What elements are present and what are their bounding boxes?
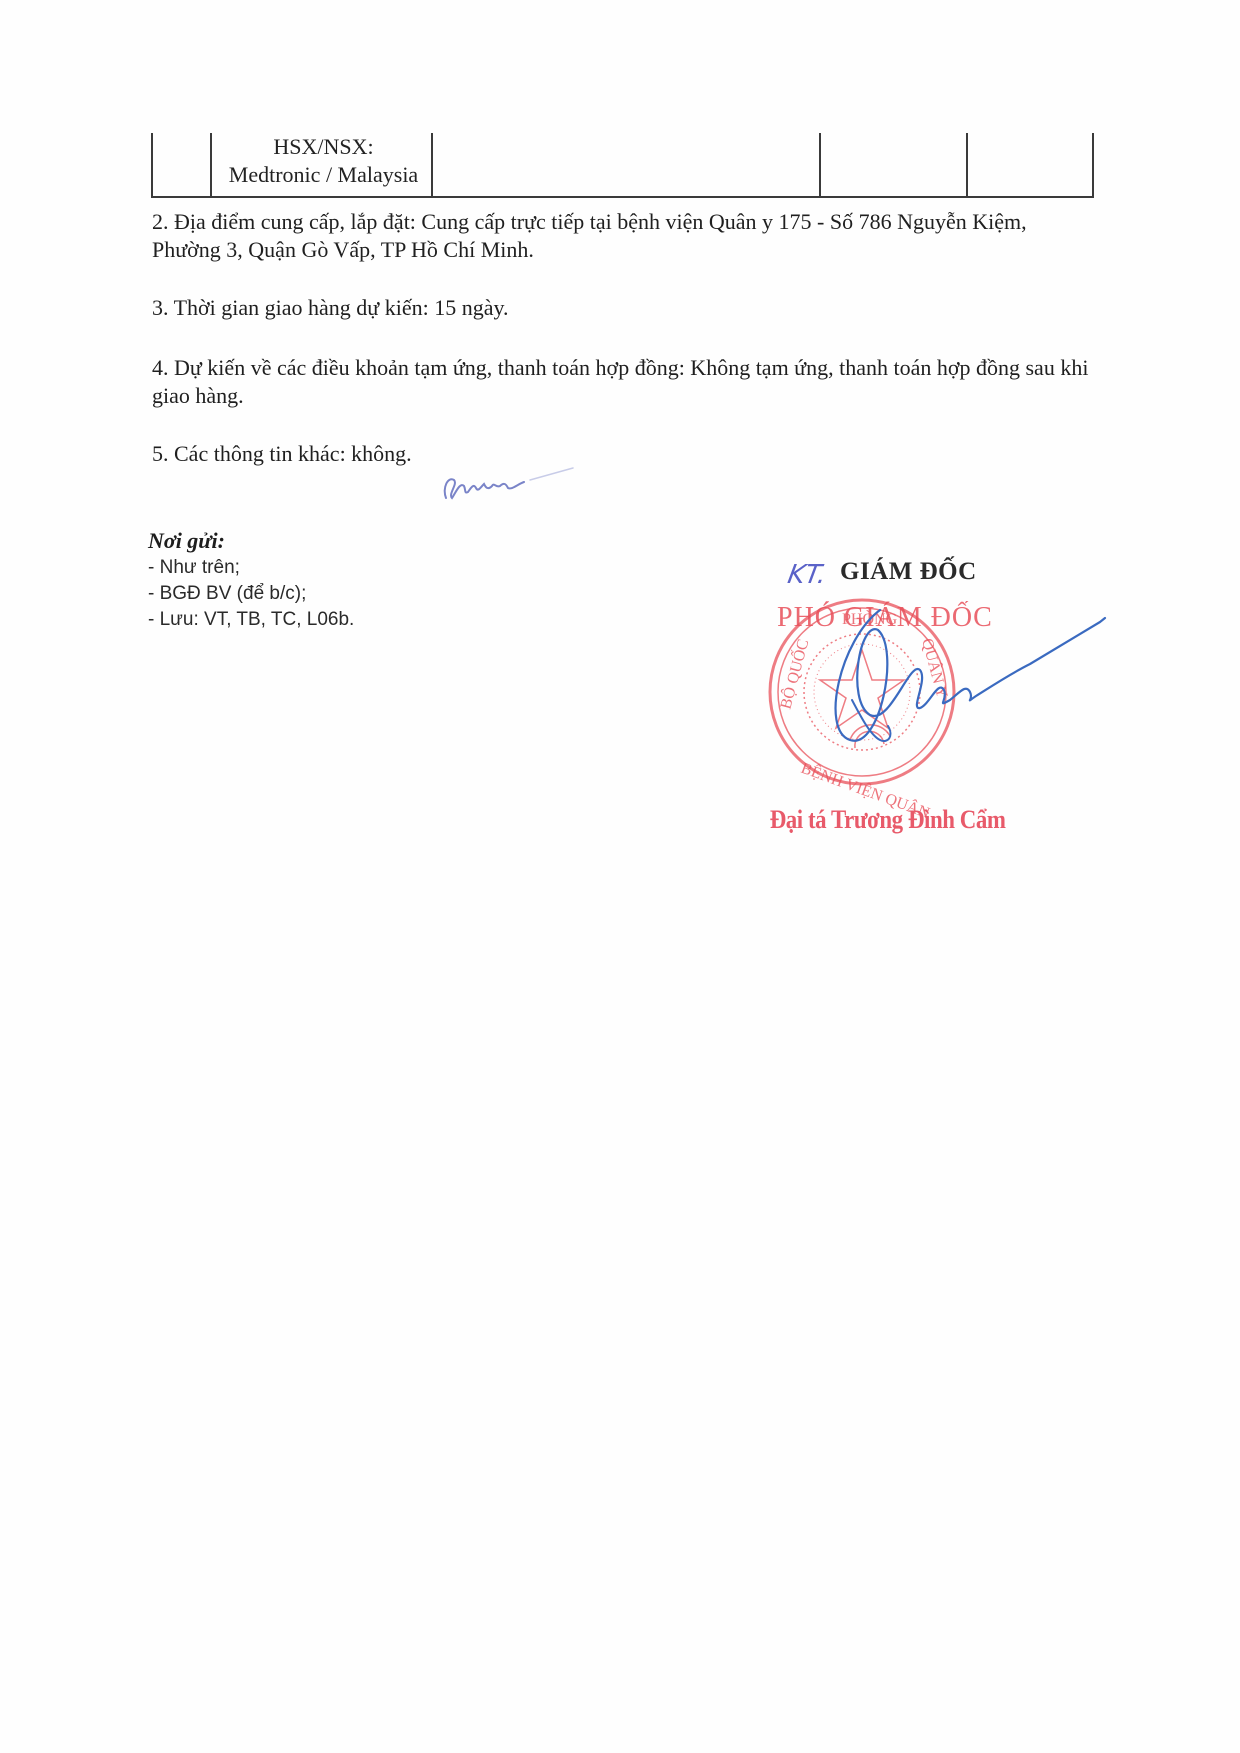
equipment-table-fragment: HSX/NSX: Medtronic / Malaysia [151, 133, 1094, 198]
table-cell-qty [966, 133, 1094, 196]
recipient-item: - Lưu: VT, TB, TC, L06b. [148, 607, 468, 633]
manufacturer-value: Medtronic / Malaysia [214, 161, 433, 189]
initials-signature-icon [438, 458, 578, 508]
section-delivery-time: 3. Thời gian giao hàng dự kiến: 15 ngày. [152, 294, 1092, 322]
section-payment-terms: 4. Dự kiến về các điều khoản tạm ứng, th… [152, 354, 1092, 410]
recipient-item: - BGĐ BV (để b/c); [148, 581, 468, 607]
manufacturer-info: HSX/NSX: Medtronic / Malaysia [214, 133, 433, 189]
table-right-border [1092, 133, 1094, 196]
table-cell-description: HSX/NSX: Medtronic / Malaysia [210, 133, 433, 196]
document-page: HSX/NSX: Medtronic / Malaysia 2. Địa điể… [0, 0, 1240, 1753]
recipient-item: - Như trên; [148, 555, 468, 581]
recipients-block: Nơi gửi: - Như trên; - BGĐ BV (để b/c); … [148, 527, 468, 633]
recipients-heading: Nơi gửi: [148, 527, 468, 555]
signature-block: PHÒNG BỘ QUỐC QUÂN Y BỆNH VIỆN QUÂN KT. … [760, 540, 1160, 860]
table-cell-index [151, 133, 212, 196]
manufacturer-label: HSX/NSX: [214, 133, 433, 161]
section-delivery-location: 2. Địa điểm cung cấp, lắp đặt: Cung cấp … [152, 208, 1092, 264]
handwritten-signature-icon [760, 540, 1160, 820]
signer-name: Đại tá Trương Đình Cẩm [760, 805, 1015, 835]
table-cell-unit [819, 133, 968, 196]
section-other-info: 5. Các thông tin khác: không. [152, 440, 1092, 468]
table-cell-spec [431, 133, 821, 196]
